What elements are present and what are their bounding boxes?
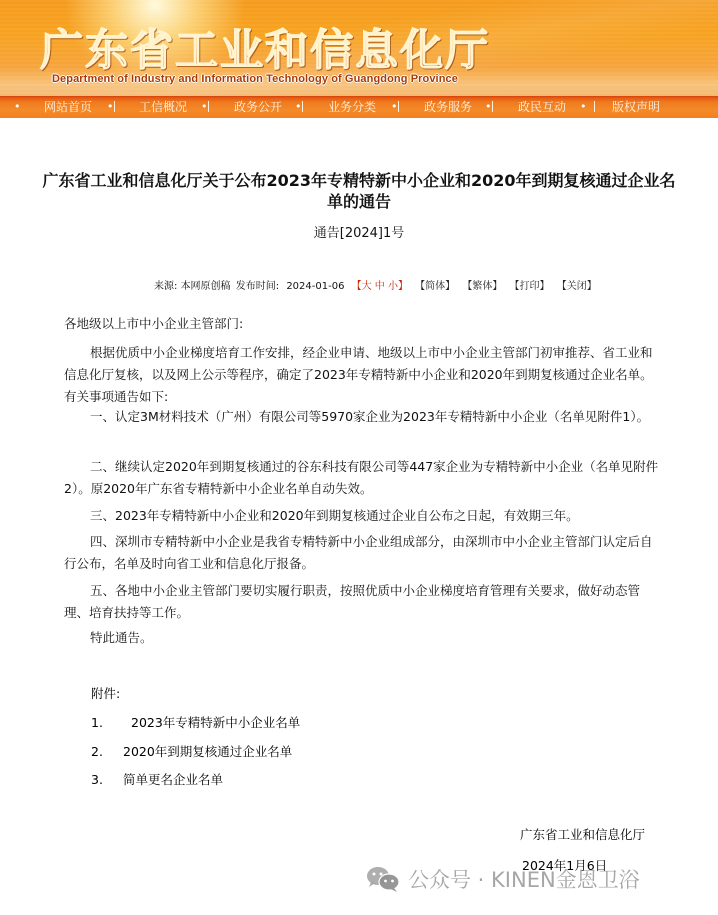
attachment-number: 2.	[91, 744, 123, 760]
nav-bullet-icon: •	[580, 96, 587, 118]
watermark: 公众号 · KINEN金恩卫浴	[366, 862, 640, 896]
nav-item-business-categories[interactable]: 业务分类	[328, 96, 376, 118]
source-label: 来源:	[154, 280, 177, 294]
attachments-label: 附件:	[91, 686, 120, 702]
watermark-text: 公众号 · KINEN金恩卫浴	[408, 864, 640, 894]
nav-item-government-affairs[interactable]: 政务公开	[234, 96, 282, 118]
site-subtitle: Department of Industry and Information T…	[52, 73, 458, 85]
traditional-chinese-link[interactable]: 【繁体】	[462, 281, 502, 292]
nav-item-copyright[interactable]: 版权声明	[612, 96, 660, 118]
nav-bullet-icon: •	[107, 96, 114, 118]
publish-date: 2024-01-06	[286, 280, 344, 294]
nav-bullet-icon: •	[14, 96, 21, 118]
signature-organization: 广东省工业和信息化厅	[520, 827, 645, 843]
close-link[interactable]: 【关闭】	[557, 281, 597, 292]
simplified-chinese-link[interactable]: 【简体】	[415, 281, 455, 292]
source-value: 本网原创稿	[181, 280, 231, 294]
nav-separator	[398, 101, 399, 112]
paragraph-item-5: 五、各地中小企业主管部门要切实履行职责，按照优质中小企业梯度培育管理有关要求，做…	[64, 580, 660, 624]
attachment-name[interactable]: 2020年到期复核通过企业名单	[123, 744, 292, 759]
site-title: 广东省工业和信息化厅	[40, 26, 490, 76]
attachment-link-2[interactable]: 2.2020年到期复核通过企业名单	[91, 744, 292, 760]
attachment-link-1[interactable]: 1.2023年专精特新中小企业名单	[91, 715, 300, 731]
nav-item-overview[interactable]: 工信概况	[139, 96, 187, 118]
article-meta: 来源: 本网原创稿 发布时间: 2024-01-06 【大 中 小】 【简体】 …	[154, 280, 597, 294]
nav-bullet-icon: •	[295, 96, 302, 118]
main-nav: • 网站首页 • 工信概况 • 政务公开 • 业务分类 • 政务服务 • 政民互…	[0, 96, 718, 118]
nav-bullet-icon: •	[485, 96, 492, 118]
paragraph-item-4: 四、深圳市专精特新中小企业是我省专精特新中小企业组成部分，由深圳市中小企业主管部…	[64, 531, 660, 575]
nav-separator	[114, 101, 115, 112]
print-link[interactable]: 【打印】	[510, 281, 550, 292]
article-title: 广东省工业和信息化厅关于公布2023年专精特新中小企业和2020年到期复核通过企…	[40, 170, 678, 212]
nav-item-home[interactable]: 网站首页	[44, 96, 92, 118]
nav-bullet-icon: •	[391, 96, 398, 118]
attachment-name[interactable]: 2023年专精特新中小企业名单	[131, 715, 300, 730]
paragraph-intro: 根据优质中小企业梯度培育工作安排，经企业申请、地级以上市中小企业主管部门初审推荐…	[64, 342, 660, 408]
attachment-link-3[interactable]: 3.简单更名企业名单	[91, 772, 223, 788]
attachment-number: 1.	[91, 715, 123, 731]
document-number: 通告[2024]1号	[0, 226, 718, 242]
nav-separator	[492, 101, 493, 112]
nav-separator	[302, 101, 303, 112]
paragraph-item-2: 二、继续认定2020年到期复核通过的谷东科技有限公司等447家企业为专精特新中小…	[64, 456, 660, 500]
nav-separator	[594, 101, 595, 112]
wechat-icon	[366, 865, 400, 893]
site-banner: 广东省工业和信息化厅 Department of Industry and In…	[0, 0, 718, 96]
salutation: 各地级以上市中小企业主管部门:	[64, 313, 660, 335]
nav-item-government-services[interactable]: 政务服务	[424, 96, 472, 118]
paragraph-item-3: 三、2023年专精特新中小企业和2020年到期复核通过企业自公布之日起，有效期三…	[64, 505, 660, 527]
nav-item-public-interaction[interactable]: 政民互动	[518, 96, 566, 118]
closing-statement: 特此通告。	[64, 627, 660, 649]
attachment-name[interactable]: 简单更名企业名单	[123, 772, 223, 787]
attachment-number: 3.	[91, 772, 123, 788]
font-size-toggle[interactable]: 【大 中 小】	[352, 281, 408, 292]
paragraph-item-1: 一、认定3M材料技术（广州）有限公司等5970家企业为2023年专精特新中小企业…	[64, 406, 660, 428]
nav-bullet-icon: •	[201, 96, 208, 118]
nav-separator	[208, 101, 209, 112]
publish-label: 发布时间:	[236, 280, 279, 294]
